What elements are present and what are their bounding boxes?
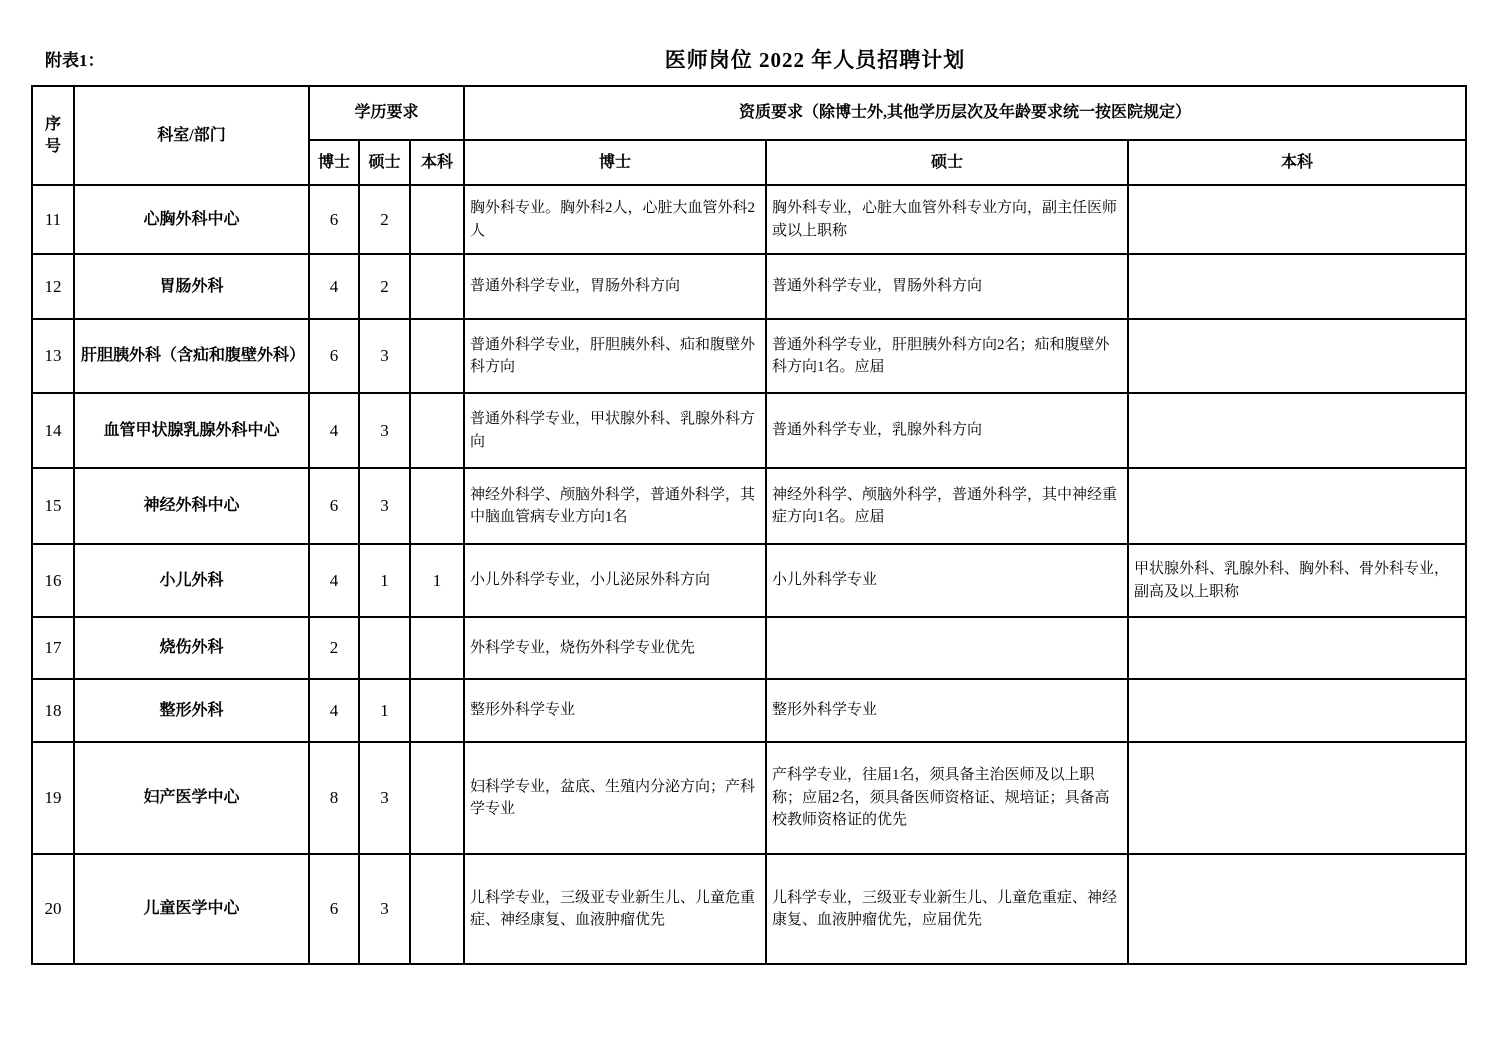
master-count-cell: 3	[359, 854, 410, 964]
table-header: 序号 科室/部门 学历要求 资质要求（除博士外,其他学历层次及年龄要求统一按医院…	[32, 86, 1466, 185]
header-edu-phd: 博士	[309, 140, 359, 185]
table-row: 12 胃肠外科 4 2 普通外科学专业，胃肠外科方向 普通外科学专业，胃肠外科方…	[32, 254, 1466, 319]
phd-qualification-cell: 整形外科学专业	[464, 679, 766, 742]
table-row: 16 小儿外科 4 1 1 小儿外科学专业，小儿泌尿外科方向 小儿外科学专业 甲…	[32, 544, 1466, 617]
row-number-cell: 11	[32, 185, 74, 254]
phd-count-cell: 2	[309, 617, 359, 679]
department-cell: 胃肠外科	[74, 254, 309, 319]
master-qualification-cell: 普通外科学专业，乳腺外科方向	[766, 393, 1128, 468]
department-cell: 妇产医学中心	[74, 742, 309, 854]
department-cell: 血管甲状腺乳腺外科中心	[74, 393, 309, 468]
table-row: 20 儿童医学中心 6 3 儿科学专业，三级亚专业新生儿、儿童危重症、神经康复、…	[32, 854, 1466, 964]
row-number-cell: 13	[32, 319, 74, 393]
header-qual-master: 硕士	[766, 140, 1128, 185]
table-row: 15 神经外科中心 6 3 神经外科学、颅脑外科学，普通外科学，其中脑血管病专业…	[32, 468, 1466, 544]
master-qualification-cell: 胸外科专业，心脏大血管外科专业方向，副主任医师或以上职称	[766, 185, 1128, 254]
phd-count-cell: 6	[309, 854, 359, 964]
bachelor-count-cell	[410, 393, 464, 468]
row-number-cell: 18	[32, 679, 74, 742]
master-count-cell: 1	[359, 544, 410, 617]
master-qualification-cell: 小儿外科学专业	[766, 544, 1128, 617]
bachelor-qualification-cell	[1128, 679, 1466, 742]
master-qualification-cell: 整形外科学专业	[766, 679, 1128, 742]
master-qualification-cell: 普通外科学专业，肝胆胰外科方向2名；疝和腹壁外科方向1名。应届	[766, 319, 1128, 393]
master-qualification-cell: 产科学专业，往届1名，须具备主治医师及以上职称；应届2名，须具备医师资格证、规培…	[766, 742, 1128, 854]
phd-qualification-cell: 儿科学专业，三级亚专业新生儿、儿童危重症、神经康复、血液肿瘤优先	[464, 854, 766, 964]
bachelor-count-cell: 1	[410, 544, 464, 617]
department-cell: 烧伤外科	[74, 617, 309, 679]
bachelor-qualification-cell	[1128, 254, 1466, 319]
department-cell: 心胸外科中心	[74, 185, 309, 254]
phd-count-cell: 6	[309, 185, 359, 254]
phd-qualification-cell: 普通外科学专业，甲状腺外科、乳腺外科方向	[464, 393, 766, 468]
master-qualification-cell: 普通外科学专业，胃肠外科方向	[766, 254, 1128, 319]
phd-count-cell: 4	[309, 393, 359, 468]
master-qualification-cell	[766, 617, 1128, 679]
row-number-cell: 19	[32, 742, 74, 854]
department-cell: 神经外科中心	[74, 468, 309, 544]
header-qualification-group: 资质要求（除博士外,其他学历层次及年龄要求统一按医院规定）	[464, 86, 1466, 140]
bachelor-count-cell	[410, 742, 464, 854]
bachelor-count-cell	[410, 617, 464, 679]
row-number-cell: 16	[32, 544, 74, 617]
master-count-cell: 3	[359, 742, 410, 854]
department-cell: 整形外科	[74, 679, 309, 742]
master-count-cell: 2	[359, 185, 410, 254]
phd-qualification-cell: 胸外科专业。胸外科2人，心脏大血管外科2人	[464, 185, 766, 254]
bachelor-count-cell	[410, 254, 464, 319]
header-education-group: 学历要求	[309, 86, 464, 140]
bachelor-qualification-cell	[1128, 185, 1466, 254]
phd-count-cell: 4	[309, 544, 359, 617]
header-department: 科室/部门	[74, 86, 309, 185]
bachelor-qualification-cell: 甲状腺外科、乳腺外科、胸外科、骨外科专业，副高及以上职称	[1128, 544, 1466, 617]
department-cell: 肝胆胰外科（含疝和腹壁外科）	[74, 319, 309, 393]
bachelor-qualification-cell	[1128, 854, 1466, 964]
table-row: 14 血管甲状腺乳腺外科中心 4 3 普通外科学专业，甲状腺外科、乳腺外科方向 …	[32, 393, 1466, 468]
master-count-cell: 3	[359, 319, 410, 393]
bachelor-qualification-cell	[1128, 617, 1466, 679]
row-number-cell: 17	[32, 617, 74, 679]
master-qualification-cell: 儿科学专业，三级亚专业新生儿、儿童危重症、神经康复、血液肿瘤优先，应届优先	[766, 854, 1128, 964]
table-caption: 附表1：	[45, 46, 105, 71]
master-count-cell: 3	[359, 393, 410, 468]
bachelor-count-cell	[410, 185, 464, 254]
bachelor-count-cell	[410, 468, 464, 544]
master-count-cell	[359, 617, 410, 679]
row-number-cell: 14	[32, 393, 74, 468]
row-number-cell: 20	[32, 854, 74, 964]
phd-count-cell: 4	[309, 254, 359, 319]
table-row: 11 心胸外科中心 6 2 胸外科专业。胸外科2人，心脏大血管外科2人 胸外科专…	[32, 185, 1466, 254]
table-row: 18 整形外科 4 1 整形外科学专业 整形外科学专业	[32, 679, 1466, 742]
master-count-cell: 1	[359, 679, 410, 742]
phd-qualification-cell: 妇科学专业，盆底、生殖内分泌方向；产科学专业	[464, 742, 766, 854]
master-qualification-cell: 神经外科学、颅脑外科学，普通外科学，其中神经重症方向1名。应届	[766, 468, 1128, 544]
table-row: 17 烧伤外科 2 外科学专业，烧伤外科学专业优先	[32, 617, 1466, 679]
master-count-cell: 3	[359, 468, 410, 544]
header-serial: 序号	[32, 86, 74, 185]
table-row: 19 妇产医学中心 8 3 妇科学专业，盆底、生殖内分泌方向；产科学专业 产科学…	[32, 742, 1466, 854]
recruitment-table: 序号 科室/部门 学历要求 资质要求（除博士外,其他学历层次及年龄要求统一按医院…	[31, 85, 1467, 965]
phd-count-cell: 8	[309, 742, 359, 854]
bachelor-count-cell	[410, 319, 464, 393]
header-qual-phd: 博士	[464, 140, 766, 185]
master-count-cell: 2	[359, 254, 410, 319]
phd-qualification-cell: 小儿外科学专业，小儿泌尿外科方向	[464, 544, 766, 617]
bachelor-count-cell	[410, 679, 464, 742]
phd-qualification-cell: 普通外科学专业，肝胆胰外科、疝和腹壁外科方向	[464, 319, 766, 393]
phd-qualification-cell: 神经外科学、颅脑外科学，普通外科学，其中脑血管病专业方向1名	[464, 468, 766, 544]
bachelor-qualification-cell	[1128, 468, 1466, 544]
header-qual-bachelor: 本科	[1128, 140, 1466, 185]
row-number-cell: 15	[32, 468, 74, 544]
row-number-cell: 12	[32, 254, 74, 319]
phd-qualification-cell: 普通外科学专业，胃肠外科方向	[464, 254, 766, 319]
phd-count-cell: 6	[309, 319, 359, 393]
phd-qualification-cell: 外科学专业，烧伤外科学专业优先	[464, 617, 766, 679]
phd-count-cell: 4	[309, 679, 359, 742]
table-row: 13 肝胆胰外科（含疝和腹壁外科） 6 3 普通外科学专业，肝胆胰外科、疝和腹壁…	[32, 319, 1466, 393]
phd-count-cell: 6	[309, 468, 359, 544]
bachelor-qualification-cell	[1128, 742, 1466, 854]
header-edu-master: 硕士	[359, 140, 410, 185]
bachelor-qualification-cell	[1128, 319, 1466, 393]
page-title: 医师岗位 2022 年人员招聘计划	[130, 44, 1500, 74]
bachelor-count-cell	[410, 854, 464, 964]
header-edu-bachelor: 本科	[410, 140, 464, 185]
table-body: 11 心胸外科中心 6 2 胸外科专业。胸外科2人，心脏大血管外科2人 胸外科专…	[32, 185, 1466, 964]
department-cell: 小儿外科	[74, 544, 309, 617]
bachelor-qualification-cell	[1128, 393, 1466, 468]
department-cell: 儿童医学中心	[74, 854, 309, 964]
